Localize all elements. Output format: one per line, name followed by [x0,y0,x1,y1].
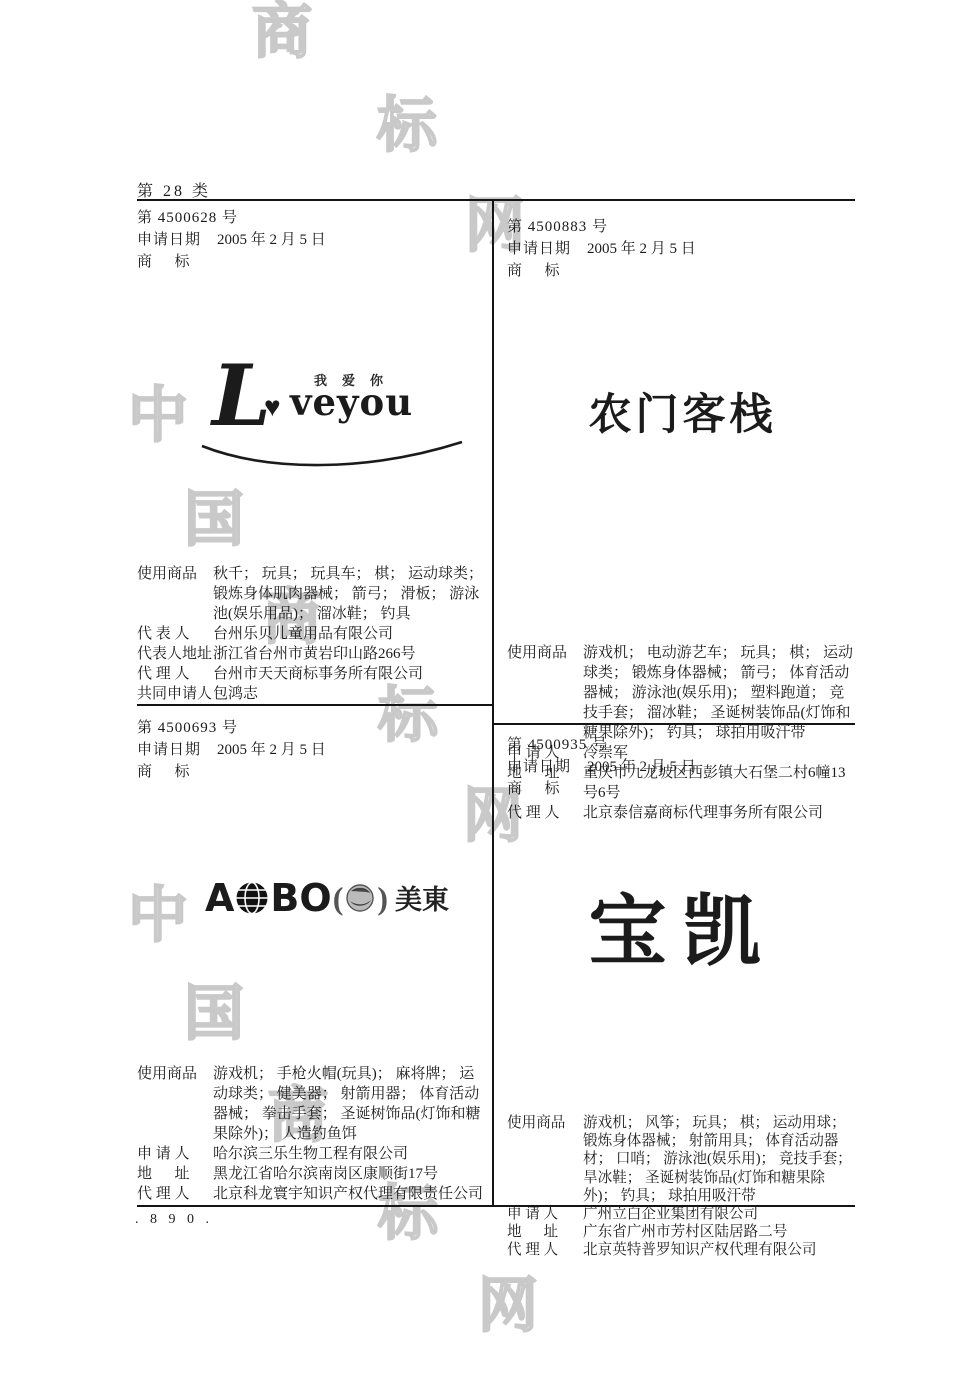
registration-number: 第 4500628 号 [137,206,489,228]
field-row: 代表人地址浙江省台州市黄岩印山路266号 [137,644,489,664]
field-label: 共同申请人 [137,684,213,704]
aobo-letter-a: A [205,879,234,917]
heart-icon: ♥ [264,394,281,422]
field-row: 代 表 人台州乐贝儿童用品有限公司 [137,624,489,644]
application-date-row: 申请日期2005 年 2 月 5 日 [507,237,858,259]
entry-fields: 使用商品游戏机； 风筝； 玩具； 棋； 运动用球； 锻炼身体器械； 射箭用具； … [507,1114,858,1260]
field-value: 广州立白企业集团有限公司 [583,1205,858,1223]
field-value: 游戏机； 风筝； 玩具； 棋； 运动用球； 锻炼身体器械； 射箭用具； 体育活动… [583,1114,858,1205]
field-value: 北京英特普罗知识产权代理有限公司 [583,1241,858,1259]
field-label: 代 理 人 [137,1184,213,1204]
field-value: 台州乐贝儿童用品有限公司 [213,624,489,644]
field-label: 使用商品 [137,564,213,584]
entry-fields: 使用商品游戏机； 手枪火帽(玩具)； 麻将牌； 运动球类； 健美器； 射箭用器；… [137,1064,489,1204]
application-date-row: 申请日期2005 年 2 月 5 日 [137,228,489,250]
trademark-image-area: 我爱你 L ♥ veyou [137,272,489,564]
mark-label: 商 标 [137,254,190,270]
field-label: 地 址 [507,1223,583,1241]
top-rule [137,199,855,201]
field-value: 包鸿志 [213,684,489,704]
globe-gray-icon [345,883,375,913]
application-date-label: 申请日期 [137,742,201,758]
mark-label-row: 商 标 [137,760,489,782]
registration-number: 第 4500935 号 [507,733,858,755]
field-row: 代 理 人北京英特普罗知识产权代理有限公司 [507,1241,858,1259]
field-value: 广东省广州市芳村区陆居路二号 [583,1223,858,1241]
trademark-entry: 第 4500693 号 申请日期2005 年 2 月 5 日 商 标 A BO … [137,716,489,1204]
application-date-label: 申请日期 [137,232,201,248]
application-date-row: 申请日期2005 年 2 月 5 日 [507,755,858,777]
application-date-label: 申请日期 [507,241,571,257]
aobo-letters-bo: BO [270,879,331,917]
entry-fields: 使用商品秋千； 玩具； 玩具车； 棋； 运动球类； 锻炼身体肌肉器械； 箭弓； … [137,564,489,704]
field-row: 申 请 人哈尔滨三乐生物工程有限公司 [137,1144,489,1164]
paren-open: ( [333,882,344,914]
page-number: . 8 9 0 . [135,1212,213,1228]
field-value: 台州市天天商标事务所有限公司 [213,664,489,684]
application-date-value: 2005 年 2 月 5 日 [217,232,326,248]
field-row: 申 请 人广州立白企业集团有限公司 [507,1205,858,1223]
trademark-image-area: 宝凯 [507,869,858,1114]
field-row: 地 址黑龙江省哈尔滨南岗区康顺街17号 [137,1164,489,1184]
field-label: 申 请 人 [507,1205,583,1223]
registration-number: 第 4500883 号 [507,215,858,237]
field-value: 浙江省台州市黄岩印山路266号 [213,644,489,664]
field-value: 哈尔滨三乐生物工程有限公司 [213,1144,489,1164]
field-row: 共同申请人包鸿志 [137,684,489,704]
trademark-entry: 第 4500628 号 申请日期2005 年 2 月 5 日 商 标 我爱你 L… [137,206,489,704]
field-row: 代 理 人台州市天天商标事务所有限公司 [137,664,489,684]
trademark-image-text: 农门客栈 [507,381,858,442]
class-header: 第 28 类 [137,178,211,201]
watermark-char: 商 [252,2,312,62]
field-row: 使用商品秋千； 玩具； 玩具车； 棋； 运动球类； 锻炼身体肌肉器械； 箭弓； … [137,564,489,624]
application-date-row: 申请日期2005 年 2 月 5 日 [137,738,489,760]
field-label: 地 址 [137,1164,213,1184]
mark-label: 商 标 [137,764,190,780]
field-label: 使用商品 [507,643,583,663]
gazette-page: 商 标 网 中 国 商 标 网 中 国 商 标 网 第 28 类 第 45006… [0,0,980,1400]
loveyou-script-initial: L [212,354,271,438]
field-value: 游戏机； 电动游艺车； 玩具； 棋； 运动球类； 锻炼身体器械； 箭弓； 体育活… [583,643,858,743]
application-date-value: 2005 年 2 月 5 日 [587,759,696,775]
left-separator-rule [137,704,493,706]
trademark-image-text: 宝凯 [507,869,858,981]
trademark-entry: 第 4500935 号 申请日期2005 年 2 月 5 日 商 标 宝凯 使用… [507,733,858,1260]
field-row: 使用商品游戏机； 风筝； 玩具； 棋； 运动用球； 锻炼身体器械； 射箭用具； … [507,1114,858,1205]
field-value: 北京科龙寰宇知识产权代理有限责任公司 [213,1184,489,1204]
swoosh-underline [198,438,466,472]
field-value: 秋千； 玩具； 玩具车； 棋； 运动球类； 锻炼身体肌肉器械； 箭弓； 滑板； … [213,564,489,624]
field-label: 代表人地址 [137,644,213,664]
loveyou-word: veyou [290,384,413,421]
mark-label-row: 商 标 [507,777,858,799]
watermark-char: 标 [377,96,437,156]
field-row: 代 理 人北京科龙寰宇知识产权代理有限责任公司 [137,1184,489,1204]
field-label: 使用商品 [137,1064,213,1084]
trademark-image-loveyou: 我爱你 L ♥ veyou [212,368,472,478]
column-divider [492,201,494,1205]
field-row: 使用商品游戏机； 手枪火帽(玩具)； 麻将牌； 运动球类； 健美器； 射箭用器；… [137,1064,489,1144]
field-label: 使用商品 [507,1114,583,1132]
field-value: 游戏机； 手枪火帽(玩具)； 麻将牌； 运动球类； 健美器； 射箭用器； 体育活… [213,1064,489,1144]
application-date-value: 2005 年 2 月 5 日 [587,241,696,257]
mark-label: 商 标 [507,781,560,797]
application-date-label: 申请日期 [507,759,571,775]
trademark-image-area: A BO ( ) 美東 [137,782,489,1064]
paren-close: ) [377,882,388,914]
trademark-entry: 第 4500883 号 申请日期2005 年 2 月 5 日 商 标 农门客栈 … [507,215,858,823]
field-label: 申 请 人 [137,1144,213,1164]
watermark-char: 网 [478,1276,538,1336]
field-label: 代 理 人 [137,664,213,684]
trademark-image-area: 农门客栈 [507,381,858,643]
registration-number: 第 4500693 号 [137,716,489,738]
field-value: 黑龙江省哈尔滨南岗区康顺街17号 [213,1164,489,1184]
trademark-image-aobo: A BO ( ) 美東 [205,878,449,917]
mark-label: 商 标 [507,263,560,279]
field-row: 地 址广东省广州市芳村区陆居路二号 [507,1223,858,1241]
mark-label-row: 商 标 [507,259,858,281]
application-date-value: 2005 年 2 月 5 日 [217,742,326,758]
mark-label-row: 商 标 [137,250,489,272]
field-label: 代 表 人 [137,624,213,644]
aobo-chinese: 美東 [395,878,449,917]
field-row: 使用商品游戏机； 电动游艺车； 玩具； 棋； 运动球类； 锻炼身体器械； 箭弓；… [507,643,858,743]
globe-icon [235,881,269,915]
field-label: 代 理 人 [507,1241,583,1259]
